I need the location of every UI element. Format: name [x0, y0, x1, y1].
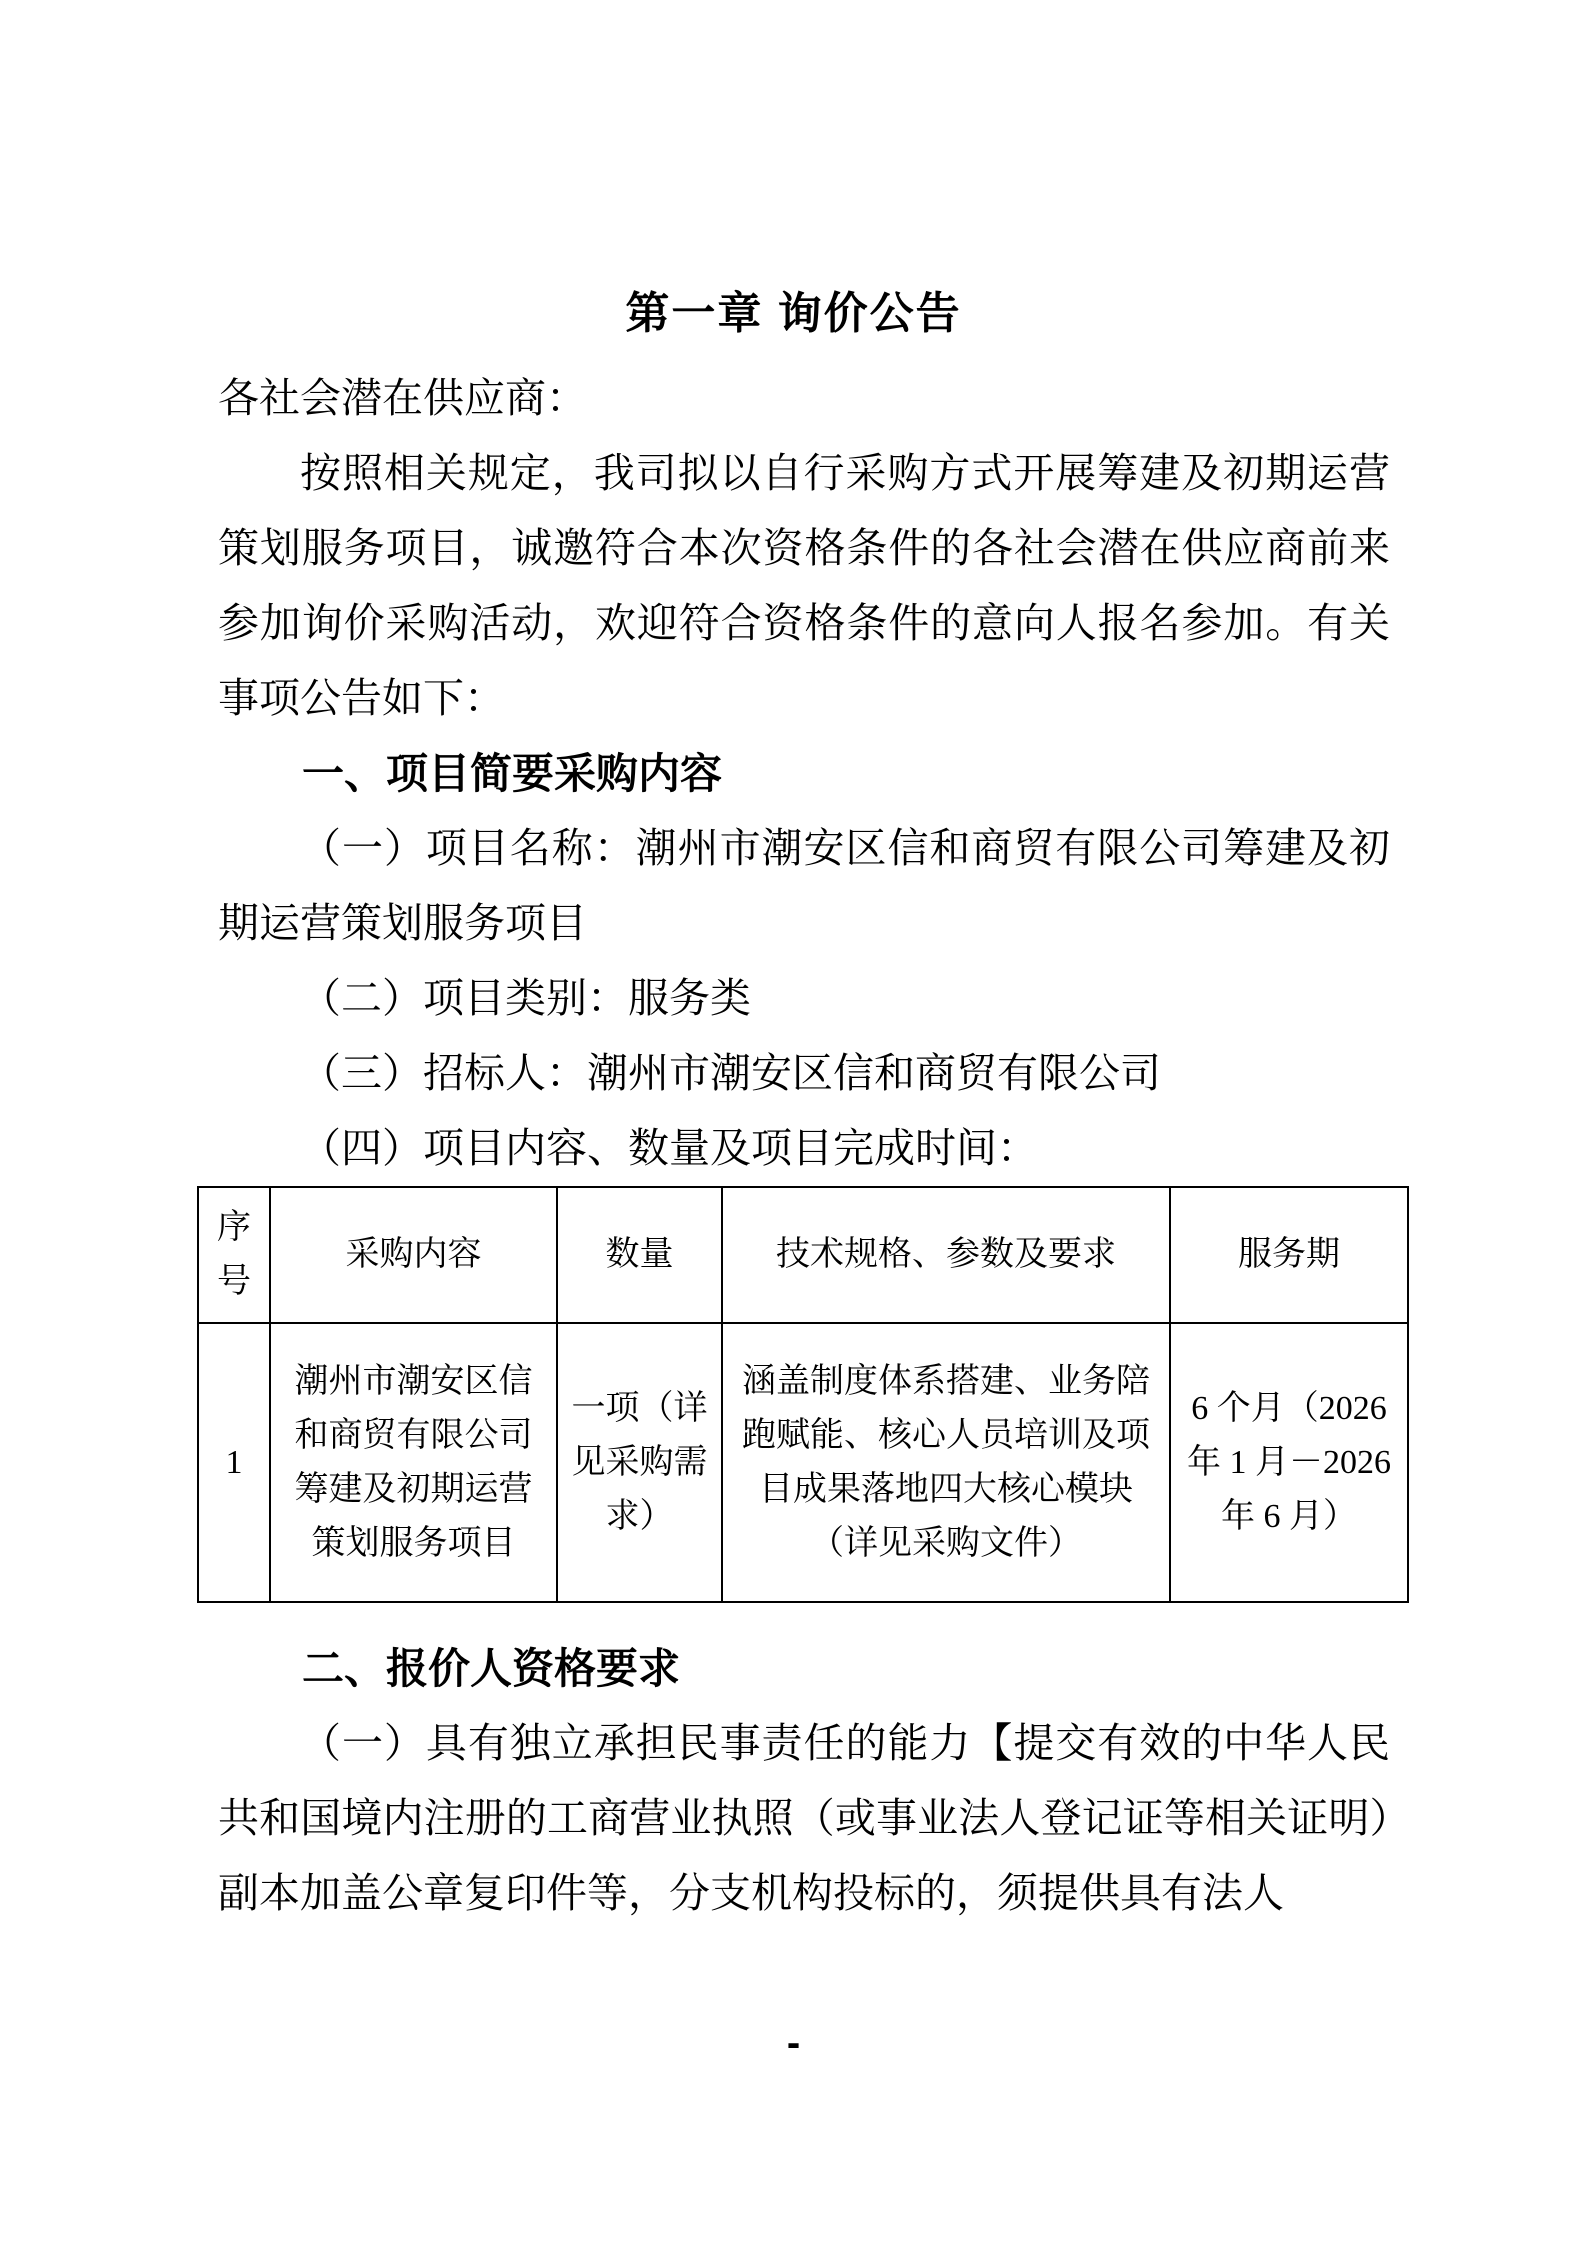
chapter-title: 第一章 询价公告 — [0, 282, 1587, 346]
table-header-no: 序号 — [198, 1187, 270, 1323]
section-2-item-qualification: （一）具有独立承担民事责任的能力【提交有效的中华人民共和国境内注册的工商营业执照… — [218, 1706, 1390, 1931]
section-1-item-project-content: （四）项目内容、数量及项目完成时间： — [218, 1111, 1390, 1186]
section-1-item-tenderee: （三）招标人：潮州市潮安区信和商贸有限公司 — [218, 1036, 1390, 1111]
table-header-spec: 技术规格、参数及要求 — [722, 1187, 1170, 1323]
cell-period: 6 个月（2026 年 1 月－2026 年 6 月） — [1170, 1323, 1408, 1602]
document-page: 第一章 询价公告 各社会潜在供应商： 按照相关规定，我司拟以自行采购方式开展筹建… — [0, 0, 1587, 2245]
table-header-content: 采购内容 — [270, 1187, 557, 1323]
table-row: 1 潮州市潮安区信和商贸有限公司筹建及初期运营策划服务项目 一项（详见采购需求）… — [198, 1323, 1408, 1602]
document-body: 各社会潜在供应商： 按照相关规定，我司拟以自行采购方式开展筹建及初期运营策划服务… — [218, 361, 1390, 1931]
table-header-period: 服务期 — [1170, 1187, 1408, 1323]
cell-spec: 涵盖制度体系搭建、业务陪跑赋能、核心人员培训及项目成果落地四大核心模块（详见采购… — [722, 1323, 1170, 1602]
section-2-heading: 二、报价人资格要求 — [218, 1631, 1390, 1706]
intro-paragraph: 按照相关规定，我司拟以自行采购方式开展筹建及初期运营策划服务项目，诚邀符合本次资… — [218, 436, 1390, 736]
cell-no: 1 — [198, 1323, 270, 1602]
cell-quantity: 一项（详见采购需求） — [557, 1323, 722, 1602]
procurement-table: 序号 采购内容 数量 技术规格、参数及要求 服务期 1 潮州市潮安区信和商贸有限… — [197, 1186, 1409, 1603]
greeting-line: 各社会潜在供应商： — [218, 361, 1390, 436]
page-number-marker: - — [0, 2018, 1587, 2068]
section-1-item-project-name: （一）项目名称：潮州市潮安区信和商贸有限公司筹建及初期运营策划服务项目 — [218, 811, 1390, 961]
section-1-item-project-category: （二）项目类别：服务类 — [218, 961, 1390, 1036]
table-header-quantity: 数量 — [557, 1187, 722, 1323]
section-1-heading: 一、项目简要采购内容 — [218, 736, 1390, 811]
table-header-row: 序号 采购内容 数量 技术规格、参数及要求 服务期 — [198, 1187, 1408, 1323]
cell-content: 潮州市潮安区信和商贸有限公司筹建及初期运营策划服务项目 — [270, 1323, 557, 1602]
